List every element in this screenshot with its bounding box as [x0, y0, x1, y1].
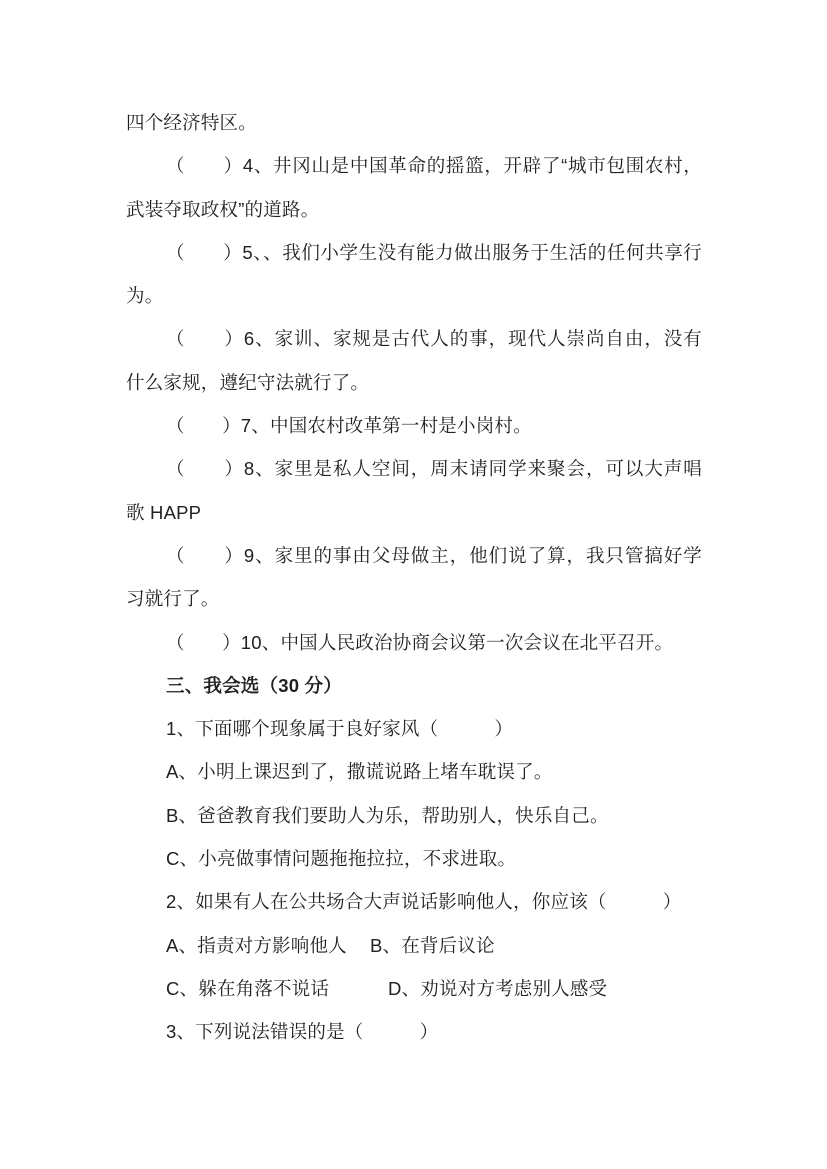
tf-item-6-line2: 什么家规，遵纪守法就行了。: [126, 361, 702, 404]
mc-q2-option-c: C、躲在角落不说话: [166, 967, 388, 1010]
tf-item-8-line1: （ ）8、家里是私人空间，周末请同学来聚会，可以大声唱: [126, 447, 702, 490]
mc-q2-option-d: D、劝说对方考虑别人感受: [388, 967, 607, 1010]
mc-q2-option-a: A、指责对方影响他人: [166, 924, 370, 967]
tf-item-9-line2: 习就行了。: [126, 577, 702, 620]
tf-item-8-line2: 歌 HAPP: [126, 491, 702, 534]
tf-item-5-line2: 为。: [126, 274, 702, 317]
tf-item-10: （ ）10、中国人民政治协商会议第一次会议在北平召开。: [126, 621, 702, 664]
mc-q3: 3、下列说法错误的是（ ）: [126, 1010, 702, 1053]
mc-q1-option-a: A、小明上课迟到了，撒谎说路上堵车耽误了。: [126, 750, 702, 793]
tf-item-3-tail: 四个经济特区。: [126, 101, 702, 144]
tf-item-5-line1: （ ）5、、我们小学生没有能力做出服务于生活的任何共享行: [126, 231, 702, 274]
mc-q2-option-b: B、在背后议论: [370, 924, 495, 967]
tf-item-4-line2: 武装夺取政权”的道路。: [126, 188, 702, 231]
section-heading: 三、我会选（30 分）: [126, 664, 702, 707]
tf-item-7: （ ）7、中国农村改革第一村是小岗村。: [126, 404, 702, 447]
tf-item-6-line1: （ ）6、家训、家规是古代人的事，现代人崇尚自由，没有: [126, 317, 702, 360]
mc-q1-option-c: C、小亮做事情问题拖拖拉拉，不求进取。: [126, 837, 702, 880]
tf-item-4-line1: （ ）4、井冈山是中国革命的摇篮，开辟了“城市包围农村，: [126, 144, 702, 187]
mc-q2-options-cd: C、躲在角落不说话D、劝说对方考虑别人感受: [126, 967, 702, 1010]
mc-q1-option-b: B、爸爸教育我们要助人为乐，帮助别人，快乐自己。: [126, 794, 702, 837]
mc-q2-options-ab: A、指责对方影响他人B、在背后议论: [126, 924, 702, 967]
exam-page-body: 四个经济特区。 （ ）4、井冈山是中国革命的摇篮，开辟了“城市包围农村， 武装夺…: [126, 101, 702, 1054]
mc-q1: 1、下面哪个现象属于良好家风（ ）: [126, 707, 702, 750]
mc-q2: 2、如果有人在公共场合大声说话影响他人，你应该（ ）: [126, 880, 702, 923]
tf-item-9-line1: （ ）9、家里的事由父母做主，他们说了算，我只管搞好学: [126, 534, 702, 577]
